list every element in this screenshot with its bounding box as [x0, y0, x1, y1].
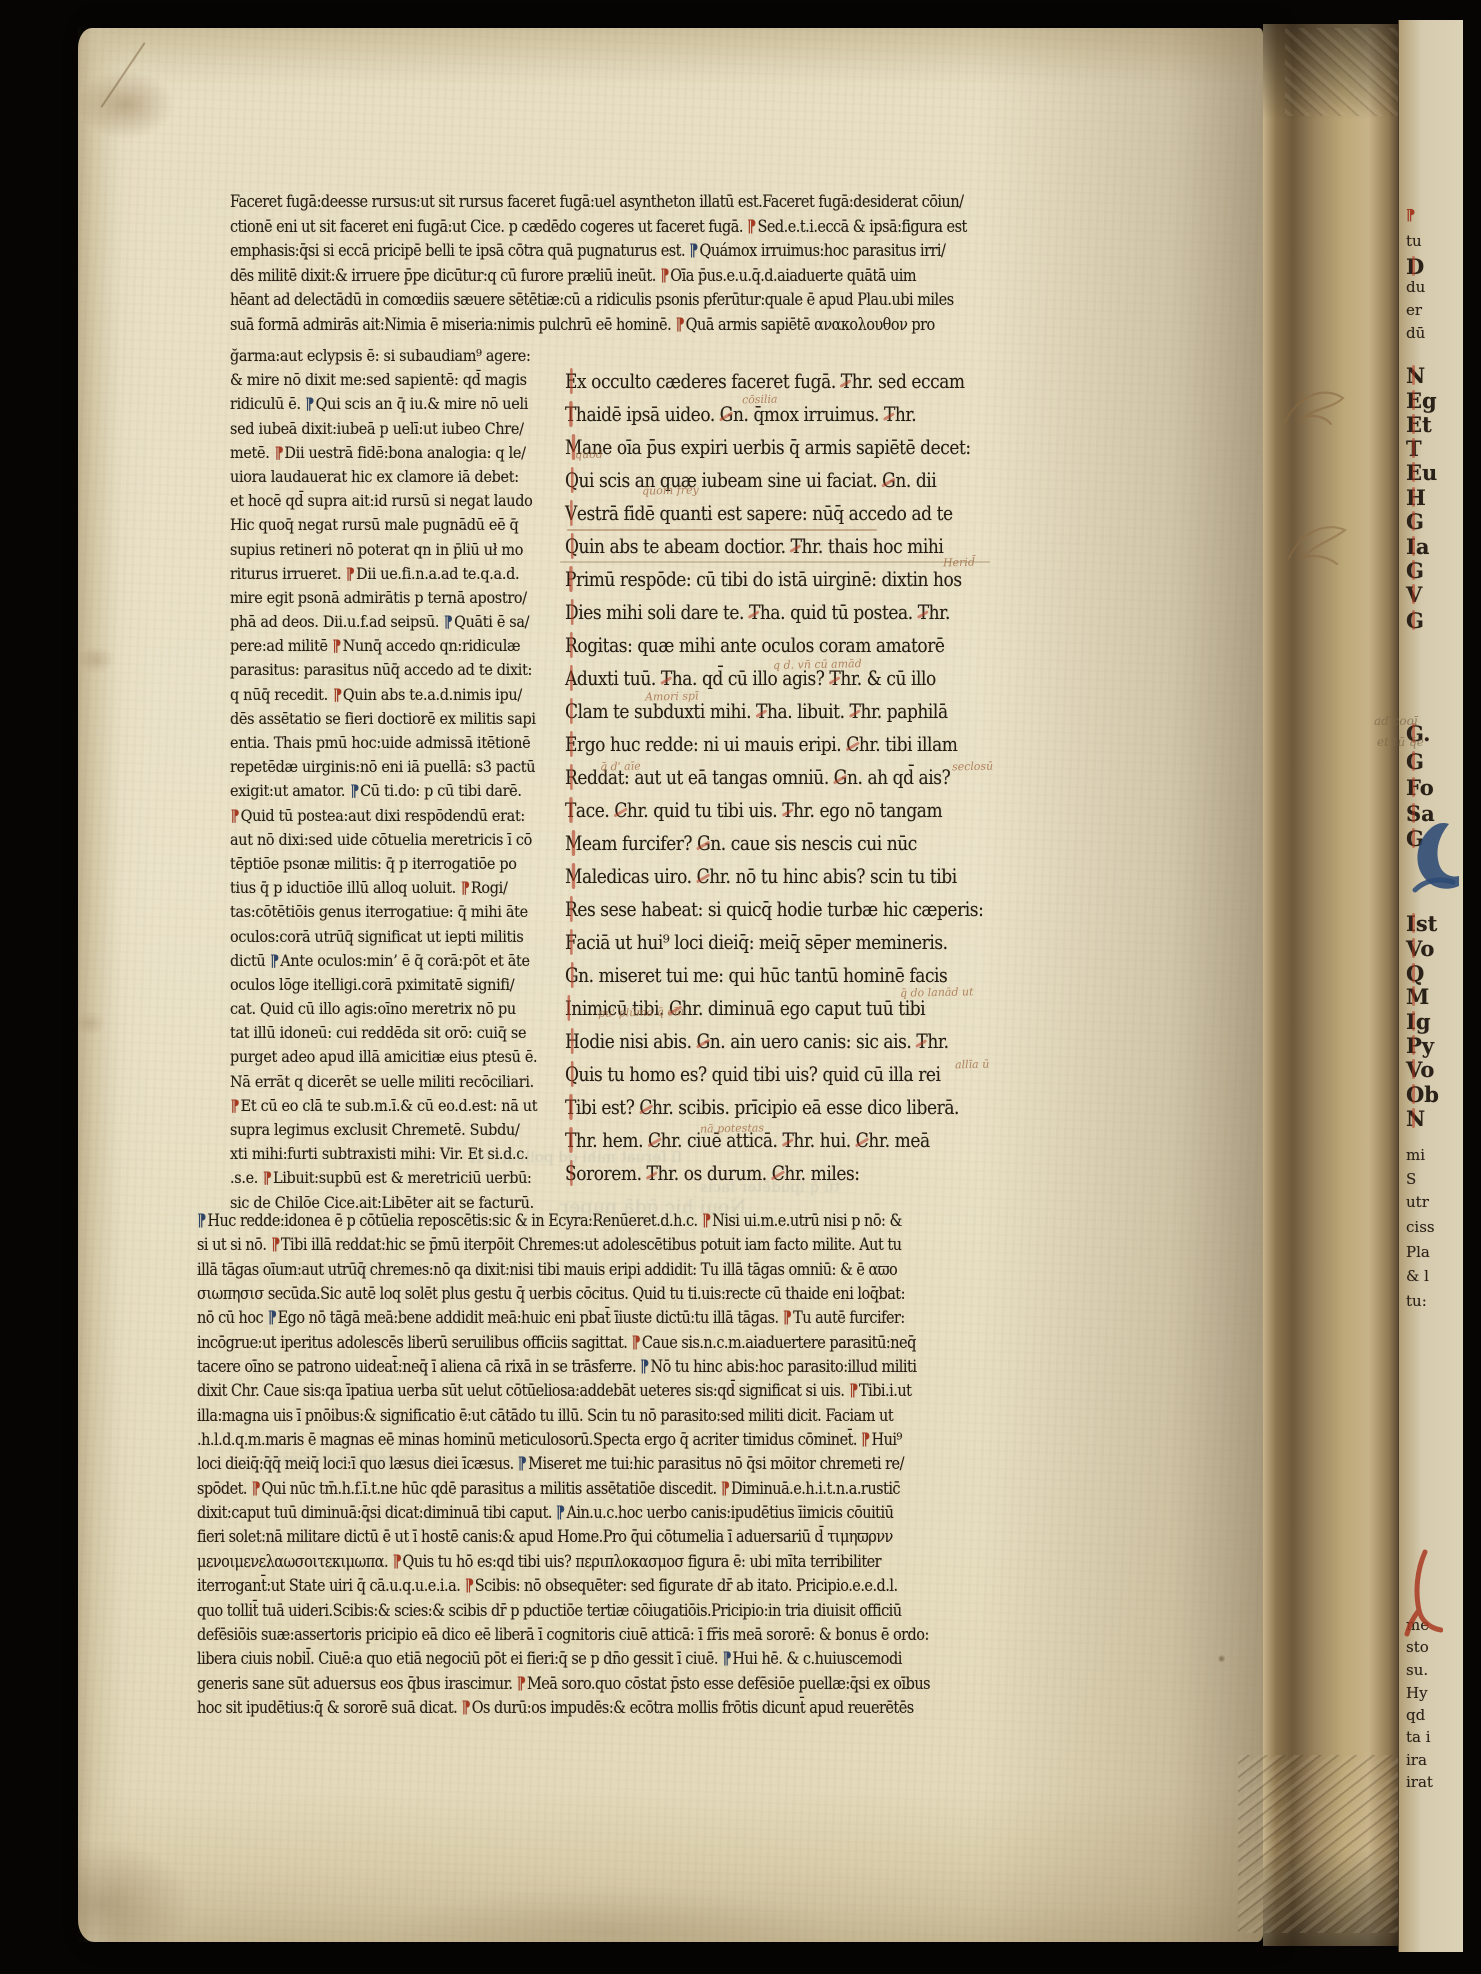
facing-page-text-fragment: Eg [1406, 388, 1437, 413]
facing-page-edge: ¶tuDduerdūNEgEtTEuHGIaGVGG.GFoSaGIstVoQM… [1398, 20, 1463, 1952]
facing-page-text-fragment: dū [1406, 324, 1425, 342]
facing-page-text-fragment: V [1406, 582, 1422, 607]
text-line: Faciā ut hui⁹ loci dieiq̄: meiq̄ sēper m… [565, 926, 965, 959]
main-text-column: Ex occulto cæderes faceret fugā. Thr. se… [565, 365, 1035, 1190]
facing-page-text-fragment: Vo [1406, 936, 1434, 961]
text-line: generis sane sūt aduersus eos q̄bus iras… [197, 1672, 898, 1696]
text-line: fieri solet:nā militare dictū ē ut ī hos… [197, 1525, 898, 1549]
facing-page-text-fragment: D [1406, 254, 1424, 279]
facing-page-text-fragment: Et [1406, 412, 1432, 437]
facing-page-text-fragment: Hy [1406, 1684, 1428, 1702]
facing-page-text-fragment: ira [1406, 1751, 1427, 1769]
text-line: sed iubeā dixit:iubeā p uelī:ut iubeo Ch… [230, 417, 532, 441]
text-line: σιωπησισ secūda.Sic autē loq solēt plus … [197, 1282, 898, 1306]
text-line: Tibi est? Chr. scibis. prīcipio eā esse … [565, 1091, 965, 1124]
facing-page-text-fragment: ciss [1406, 1218, 1435, 1236]
text-line: Vestrā fidē quanti est sapere: nūq̄ acce… [565, 497, 965, 530]
facing-page-text-fragment: N [1406, 1106, 1425, 1131]
facing-page-text-fragment: G [1406, 509, 1424, 534]
text-line: Quis tu homo es? quid tibi uis? quid cū … [565, 1058, 965, 1091]
text-line: supius retineri nō poterat qn in p̄liū u… [230, 538, 532, 562]
text-line: Hodie nisi abis. Gn. ain uero canis: sic… [565, 1025, 965, 1058]
text-line: tas:cōtētiōis genus iterrogatiue: q̄ mih… [230, 900, 532, 924]
text-line: illā tāgas oīum:aut utrūq̄ chremes:nō qa… [197, 1258, 898, 1282]
marginalia-flourish-icon [1281, 384, 1353, 432]
text-line: nō cū hoc ¶Ego nō tāgā meā:bene addidit … [197, 1306, 898, 1330]
text-line: entia. Thais pmū hoc:uide admissā itētio… [230, 731, 532, 755]
facing-page-text-fragment: G [1406, 608, 1424, 633]
facing-page-text-fragment: T [1406, 436, 1422, 461]
text-line: Faceret fugā:deesse rursus:ut sit rursus… [230, 190, 902, 215]
page-stack-edges [1285, 28, 1398, 116]
facing-page-text-fragment: Ia [1406, 534, 1429, 559]
facing-page-text-fragment: N [1406, 363, 1425, 388]
text-line: repetēdæ uirginis:nō eni iā puellā: s3 p… [230, 755, 532, 779]
text-line: dictū ¶Ante oculos:min’ ē q̄ corā:pōt et… [230, 949, 532, 973]
text-line: si ut si nō. ¶Tibi illā reddat:hic se p̄… [197, 1233, 898, 1257]
marginalia-flourish-icon [1285, 518, 1351, 570]
book-gutter [1263, 24, 1398, 1946]
text-line: Res sese habeat: si quicq̄ hodie turbæ h… [565, 893, 965, 926]
text-line: Reddat: aut ut eā tangas omniū. Gn. ah q… [565, 761, 965, 794]
text-line: tēptiōe psonæ militis: q̄ p iterrogatiōe… [230, 852, 532, 876]
text-line: et hocē qd̄ supra ait:id rursū si negat … [230, 489, 532, 513]
text-line: mire egit psonā admirātis p ternā apostr… [230, 586, 532, 610]
facing-page-text-fragment: Q [1406, 961, 1424, 986]
facing-page-text-fragment: Eu [1406, 460, 1437, 485]
facing-page-text-fragment: qd [1406, 1706, 1425, 1724]
book-scan: Faceret fugā:deesse rursus:ut sit rursus… [0, 0, 1481, 1974]
text-line: Primū respōde: cū tibi do istā uirginē: … [565, 563, 965, 596]
text-line: Meam furcifer? Gn. caue sis nescis cui n… [565, 827, 965, 860]
text-line: & mire nō dixit me:sed sapientē: qd̄ mag… [230, 368, 532, 392]
text-line: ridiculū ē. ¶Qui scis an q̄ iu.& mire nō… [230, 392, 532, 416]
text-line: Gn. miseret tui me: qui hūc tantū hominē… [565, 959, 965, 992]
text-line: .h.l.d.q.m.maris ē magnas eē minas homin… [197, 1428, 898, 1452]
facing-page-text-fragment: er [1406, 301, 1422, 319]
facing-page-text-fragment: irat [1406, 1773, 1433, 1791]
text-line: Tace. Chr. quid tu tibi uis. Thr. ego nō… [565, 794, 965, 827]
commentary-bottom-block: ¶Huc redde:idonea ē p cōtūelia reposcēti… [197, 1209, 1022, 1720]
text-line: supra legimus exclusit Chremetē. Subdu/ [230, 1118, 532, 1142]
text-line: incōgrue:ut iperitus adolescēs liberū se… [197, 1331, 898, 1355]
facing-page-fragments: ¶tuDduerdūNEgEtTEuHGIaGVGG.GFoSaGIstVoQM… [1399, 20, 1463, 1952]
facing-page-text-fragment: utr [1406, 1193, 1429, 1211]
illuminated-initial-blue-icon [1409, 820, 1461, 904]
text-line: Thaidē ipsā uideo. Gn. q̄mox irruimus. T… [565, 398, 965, 431]
text-line: μενοιμενελαωσοιτεκιμωπα. ¶Quis tu hō es:… [197, 1550, 898, 1574]
text-line: hoc sit ipudētius:q̄ & sororē suā dicat.… [197, 1696, 898, 1720]
facing-page-text-fragment: & l [1406, 1267, 1429, 1285]
text-line: dēs assētatio se fieri doctiorē ex milit… [230, 707, 532, 731]
corner-fold-crease [100, 42, 145, 108]
text-line: Inimicū tibi. Chr. diminuā ego caput tuū… [565, 992, 965, 1025]
text-line: Aduxti tuū. Tha. qd̄ cū illo agis? Thr. … [565, 662, 965, 695]
facing-page-text-fragment: mi [1406, 1146, 1425, 1164]
text-line: spōdet. ¶Qui nūc tm̄.h.f.ī.t.ne hūc qdē … [197, 1477, 898, 1501]
text-line: Qui scis an quæ iubeam sine ui faciat. G… [565, 464, 965, 497]
text-line: exigit:ut amator. ¶Cū ti.do: p cū tibi d… [230, 779, 532, 803]
text-line: parasitus: parasitus nūq̄ accedo ad te d… [230, 658, 532, 682]
facing-page-text-fragment: G [1406, 749, 1424, 774]
text-line: emphasis:q̄si si eccā pricipē belli te i… [230, 239, 902, 264]
text-line: Dies mihi soli dare te. Tha. quid tū pos… [565, 596, 965, 629]
text-line: illa:magna uis ī pnōibus:& significatio … [197, 1404, 898, 1428]
text-line: Rogitas: quæ mihi ante oculos coram amat… [565, 629, 965, 662]
text-line: Quin abs te abeam doctior. Thr. thais ho… [565, 530, 965, 563]
text-line: aut nō dixi:sed uide cōtuelia meretricis… [230, 828, 532, 852]
text-line: ¶Et cū eo clā te sub.m.ī.& cū eo.d.est: … [230, 1094, 532, 1118]
text-line: suā formā admirās ait:Nimia ē miseria:ni… [230, 313, 902, 338]
facing-page-text-fragment: Vo [1406, 1057, 1434, 1082]
text-line: phā ad deos. Dii.u.f.ad seipsū. ¶Quāti ē… [230, 610, 532, 634]
text-line: libera ciuis nobil̄. Ciuē:a quo etiā neg… [197, 1647, 898, 1671]
text-line: Ex occulto cæderes faceret fugā. Thr. se… [565, 365, 965, 398]
text-line: loci dieiq̄:q̄q̄ meiq̄ loci:ī quo læsus … [197, 1452, 898, 1476]
text-line: Maledicas uiro. Chr. nō tu hinc abis? sc… [565, 860, 965, 893]
text-line: hēant ad delectādū in comœdiis sæuere sē… [230, 288, 902, 313]
text-line: dixit:caput tuū diminuā:q̄si dicat:dimin… [197, 1501, 898, 1525]
text-line: Sororem. Thr. os durum. Chr. miles: [565, 1157, 965, 1190]
text-line: riturus irrueret. ¶Dii ue.fi.n.a.ad te.q… [230, 562, 532, 586]
text-line: tius q̄ p iductiōe illū alloq uoluit. ¶R… [230, 876, 532, 900]
facing-page-text-fragment: ¶ [1406, 206, 1416, 224]
text-line: ctionē eni ut sit faceret eni fugā:ut Ci… [230, 215, 902, 240]
text-line: ğarma:aut eclypsis ē: si subaudiam⁹ ager… [230, 344, 532, 368]
text-line: Hic quoq̄ negat rursū male pugnādū eē q̄ [230, 513, 532, 537]
text-line: Clam te subduxti mihi. Tha. libuit. Thr.… [565, 695, 965, 728]
facing-page-text-fragment: sto [1406, 1638, 1429, 1656]
text-line: oculos lōge itelligi.corā pximitatē sign… [230, 973, 532, 997]
facing-page-text-fragment: ta i [1406, 1728, 1431, 1746]
text-line: ¶Huc redde:idonea ē p cōtūelia reposcēti… [197, 1209, 898, 1233]
text-line: tacere oīno se patrono uideat̄:neq̄ ī al… [197, 1355, 898, 1379]
text-line: Mane oīa p̄us expiri uerbis q̄ armis sap… [565, 431, 965, 464]
commentary-top-block: Faceret fugā:deesse rursus:ut sit rursus… [230, 190, 1020, 337]
text-line: xti mihi:furti subtraxisti mihi: Vir. Et… [230, 1142, 532, 1166]
page-stack-edges [1238, 1755, 1398, 1933]
text-line: purget adeo apud illā amicitiæ eius ptes… [230, 1045, 532, 1069]
facing-page-text-fragment: M [1406, 984, 1429, 1009]
facing-page-text-fragment: Pla [1406, 1243, 1430, 1261]
text-line: iterrogant̄:ut State uiri q̄ cā.u.q.u.e.… [197, 1574, 898, 1598]
text-line: Ergo huc redde: ni ui mauis eripi. Chr. … [565, 728, 965, 761]
text-line: Nā errāt q dicerēt se uelle militi recōc… [230, 1070, 532, 1094]
facing-page-text-fragment: Ig [1406, 1009, 1431, 1034]
facing-page-text-fragment: G [1406, 558, 1424, 583]
text-line: dēs militē dixit:& irruere p̄pe dicūtur:… [230, 264, 902, 289]
facing-page-text-fragment: Ob [1406, 1082, 1439, 1107]
text-line: oculos:corā utrūq̄ significat ut iepti m… [230, 925, 532, 949]
text-line: .s.e. ¶Libuit:supbū est & meretriciū uer… [230, 1166, 532, 1190]
text-line: q nūq̄ recedit. ¶Quin abs te.a.d.nimis i… [230, 683, 532, 707]
facing-page-text-fragment: tu [1406, 232, 1422, 250]
facing-page-text-fragment: H [1406, 485, 1426, 510]
verso-page: Faceret fugā:deesse rursus:ut sit rursus… [78, 28, 1263, 1942]
text-line: uiora laudauerat hic ex clamore iā debet… [230, 465, 532, 489]
text-line: tat illū idoneū: cui reddēda sit orō: cu… [230, 1021, 532, 1045]
text-line: quo tollit̄ tuā uideri.Scibis:& scies:& … [197, 1599, 898, 1623]
facing-page-text-fragment: G. [1406, 721, 1431, 746]
facing-page-text-fragment: Py [1406, 1033, 1434, 1058]
facing-page-text-fragment: du [1406, 278, 1425, 296]
text-line: pere:ad militē ¶Nunq̄ accedo qn:ridiculæ [230, 634, 532, 658]
commentary-left-column: ğarma:aut eclypsis ē: si subaudiam⁹ ager… [230, 344, 565, 1215]
illuminated-initial-red-icon [1403, 1548, 1443, 1638]
facing-page-text-fragment: Ist [1406, 911, 1437, 936]
text-line: Thr. hem. Chr. ciuē atticā. Thr. hui. Ch… [565, 1124, 965, 1157]
text-line: metē. ¶Dii uestrā fidē:bona analogia: q … [230, 441, 532, 465]
text-line: defēsiōis suæ:assertoris pricipio eā dic… [197, 1623, 898, 1647]
facing-page-text-fragment: Fo [1406, 775, 1434, 800]
text-line: ¶Quid tū postea:aut dixi respōdendū erat… [230, 804, 532, 828]
facing-page-text-fragment: su. [1406, 1661, 1428, 1679]
facing-page-text-fragment: S [1406, 1170, 1416, 1188]
facing-page-text-fragment: tu: [1406, 1292, 1427, 1310]
text-line: dixit Chr. Caue sis:qa īpatiua uerba sūt… [197, 1379, 898, 1403]
text-line: cat. Quid cū illo agis:oīno meretrix nō … [230, 997, 532, 1021]
